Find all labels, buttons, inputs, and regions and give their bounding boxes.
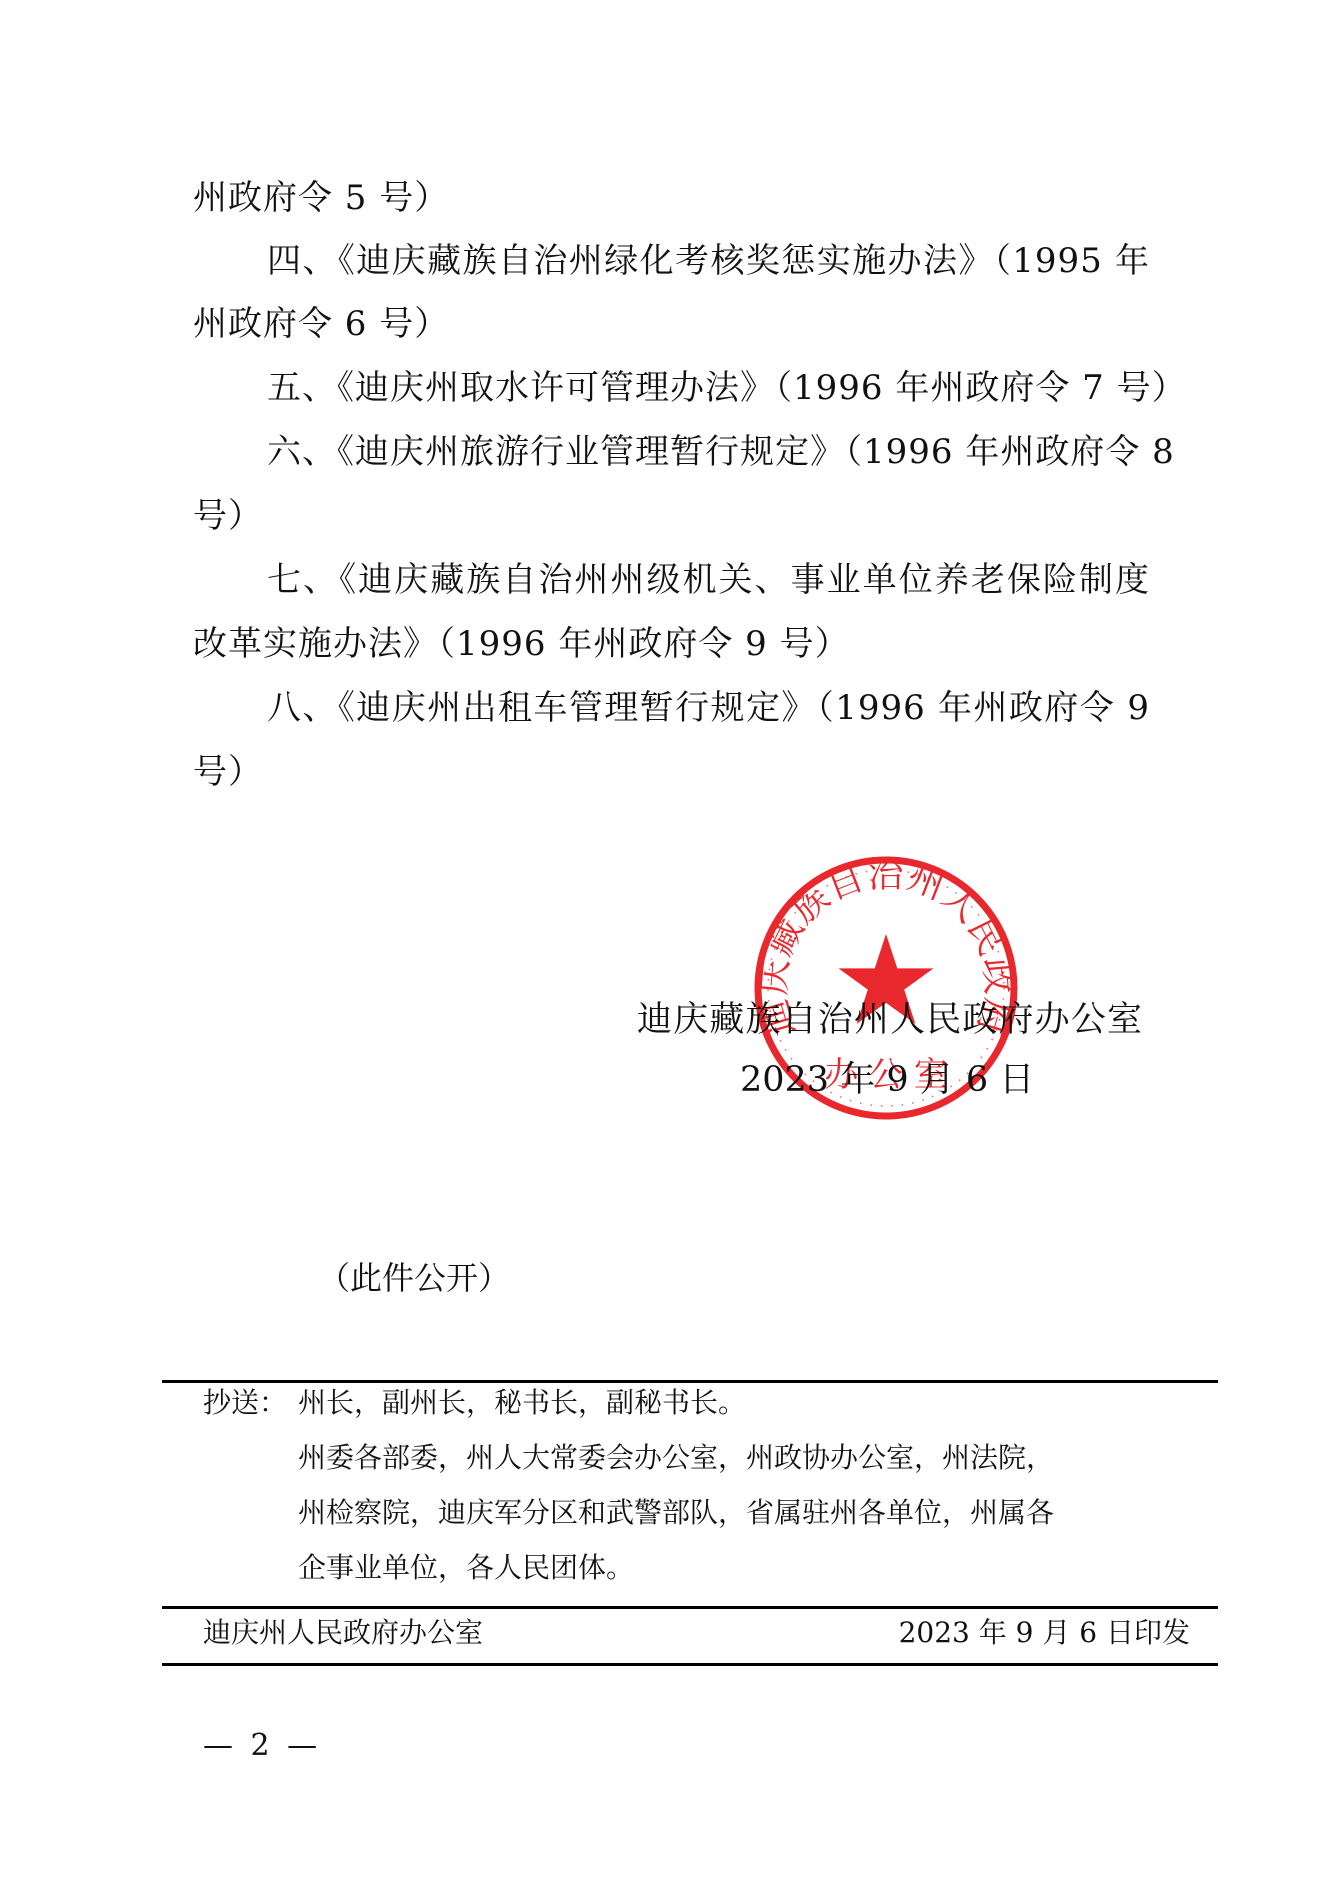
body-line-item-7-tail: 改革实施办法》（1996 年州政府令 9 号） [193,624,850,664]
body-line-item-6-tail: 号） [193,496,263,536]
divider-top [162,1380,1218,1383]
page-number: — 2 — [203,1728,321,1764]
signature-date: 2023 年 9 月 6 日 [740,1058,1034,1102]
divider-middle [162,1606,1218,1609]
signature-organization: 迪庆藏族自治州人民政府办公室 [637,998,1142,1042]
copy-to-line: 州检察院，迪庆军分区和武警部队，省属驻州各单位，州属各 [298,1496,1054,1530]
public-disclosure-note: （此件公开） [318,1258,510,1298]
copy-to-line: 州长，副州长，秘书长，副秘书长。 [298,1386,746,1420]
body-line-item-8: 八、《迪庆州出租车管理暂行规定》（1996 年州政府令 9 [267,688,1150,728]
body-line-item-5: 五、《迪庆州取水许可管理办法》（1996 年州政府令 7 号） [267,368,1150,408]
body-line-item-7: 七、《迪庆藏族自治州州级机关、事业单位养老保险制度 [267,560,1150,600]
body-line-item-8-tail: 号） [193,752,263,792]
copy-to-line: 企事业单位，各人民团体。 [298,1551,634,1585]
divider-bottom [162,1663,1218,1666]
footer-issue-date: 2023 年 9 月 6 日印发 [898,1615,1190,1651]
body-line-item-4-tail: 州政府令 6 号） [193,304,449,344]
copy-to-line: 州委各部委，州人大常委会办公室，州政协办公室，州法院， [298,1441,1054,1475]
body-line-order-5-tail: 州政府令 5 号） [193,178,449,218]
footer-issuer: 迪庆州人民政府办公室 [203,1615,483,1651]
copy-to-label: 抄送： [203,1386,287,1420]
body-line-item-6: 六、《迪庆州旅游行业管理暂行规定》（1996 年州政府令 8 [267,432,1150,472]
document-page: 州政府令 5 号） 四、《迪庆藏族自治州绿化考核奖惩实施办法》（1995 年 州… [0,0,1343,1899]
body-line-item-4: 四、《迪庆藏族自治州绿化考核奖惩实施办法》（1995 年 [267,241,1150,281]
